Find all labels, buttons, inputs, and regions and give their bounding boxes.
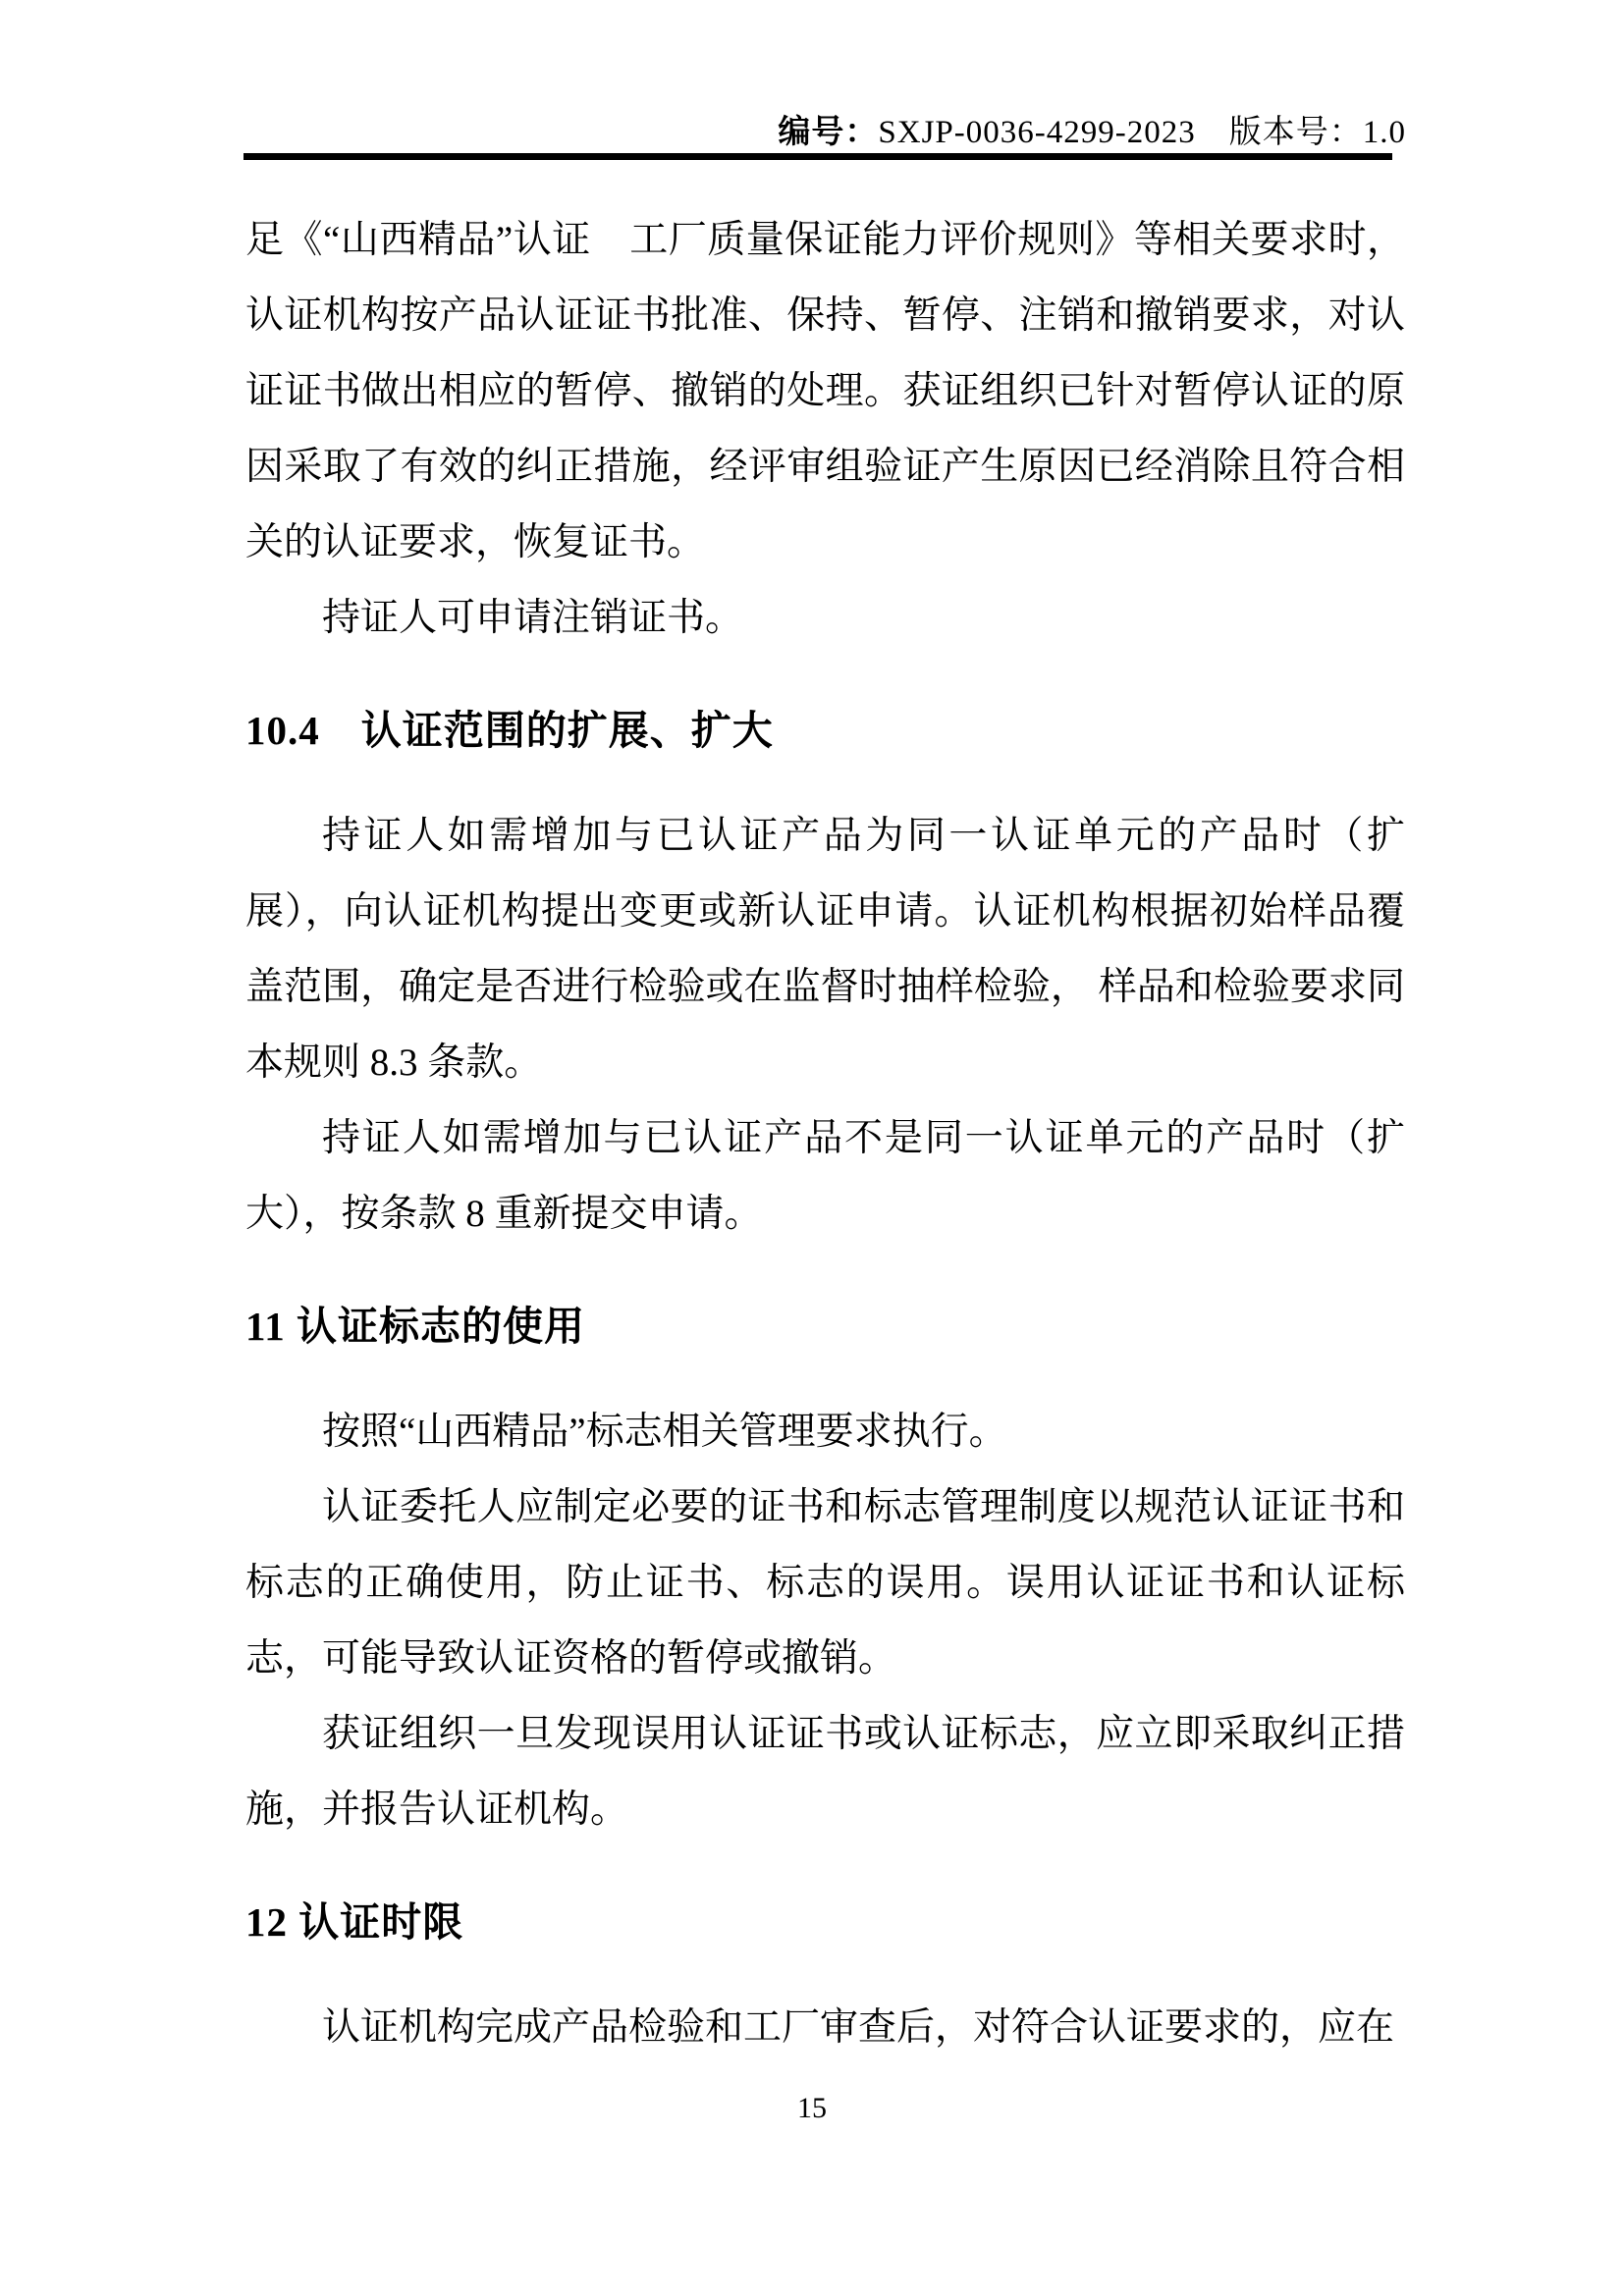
version-value: 1.0: [1363, 115, 1406, 150]
document-body: 足《“山西精品”认证 工厂质量保证能力评价规则》等相关要求时，认证机构按产品认证…: [245, 202, 1405, 2065]
page-header: 编号：SXJP-0036-4299-2023版本号：1.0: [0, 112, 1406, 153]
paragraph-mark-correction: 获证组织一旦发现误用认证证书或认证标志，应立即采取纠正措施，并报告认证机构。: [245, 1696, 1405, 1847]
paragraph-mark-management: 按照“山西精品”标志相关管理要求执行。: [245, 1394, 1405, 1469]
header-divider-rule: [244, 153, 1392, 160]
version-label: 版本号：: [1229, 115, 1363, 150]
section-heading-12: 12 认证时限: [245, 1885, 1405, 1960]
paragraph-scope-extension: 持证人如需增加与已认证产品为同一认证单元的产品时（扩展），向认证机构提出变更或新…: [245, 798, 1405, 1100]
paragraph-certification-timeline: 认证机构完成产品检验和工厂审查后，对符合认证要求的，应在: [245, 1990, 1405, 2065]
paragraph-mark-misuse: 认证委托人应制定必要的证书和标志管理制度以规范认证证书和标志的正确使用，防止证书…: [245, 1469, 1405, 1696]
paragraph-scope-enlargement: 持证人如需增加与已认证产品不是同一认证单元的产品时（扩大），按条款 8 重新提交…: [245, 1100, 1405, 1252]
document-page: 编号：SXJP-0036-4299-2023版本号：1.0 足《“山西精品”认证…: [0, 0, 1624, 2296]
paragraph-certificate-suspension: 足《“山西精品”认证 工厂质量保证能力评价规则》等相关要求时，认证机构按产品认证…: [245, 202, 1405, 580]
doc-code-value: SXJP-0036-4299-2023: [878, 115, 1195, 150]
paragraph-certificate-cancellation: 持证人可申请注销证书。: [245, 580, 1405, 656]
doc-code-label: 编号：: [778, 115, 878, 150]
section-heading-10-4: 10.4 认证范围的扩展、扩大: [245, 693, 1405, 769]
page-number: 15: [0, 2091, 1624, 2126]
section-heading-11: 11 认证标志的使用: [245, 1289, 1405, 1364]
